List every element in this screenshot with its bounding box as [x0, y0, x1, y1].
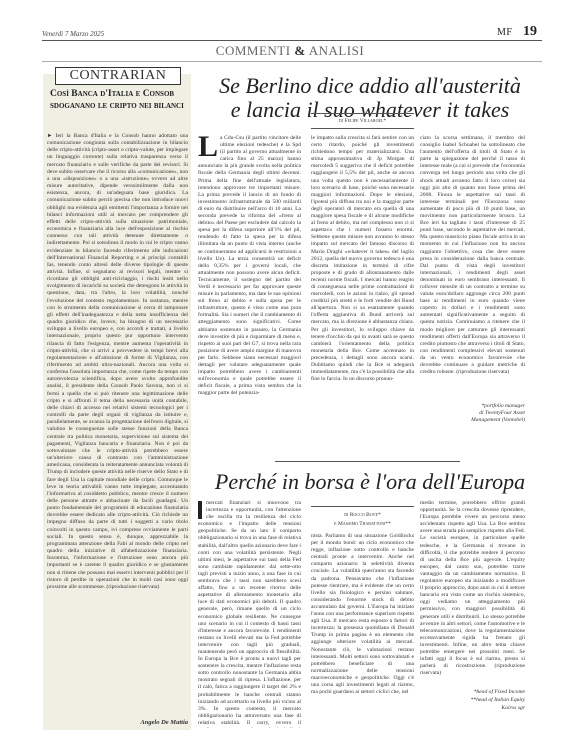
article1-dropcap: L [198, 136, 218, 158]
article1-column-2: le impatto sulla crescita si farà sentir… [311, 135, 414, 441]
article1-col1-text: a Cdu-Csu (il partito vincitore delle ul… [198, 135, 301, 396]
article1-byline: di Felipe Villaroel* [311, 118, 414, 124]
publication-logo: MF [497, 27, 512, 38]
article2-headline: Perché in borsa è l'ora dell'Europa [195, 470, 545, 494]
article2-column-3: medio termine, potrebbero offrire grandi… [420, 500, 525, 686]
section-title: COMMENTI & ANALISI [0, 43, 580, 59]
article2-byline: di Rocco Bove* e Massimo Trabattoni** [311, 511, 414, 529]
section-divider [42, 61, 542, 62]
sidebar-headline: Così Banca d'Italia e Consob sdoganano l… [50, 89, 190, 112]
article2-column-1: mercati finanziari si muovono tra incert… [198, 500, 301, 728]
byline-rule [311, 506, 414, 507]
article1-author-note-line1: *portfolio manager [420, 403, 525, 410]
sidebar-author: Angelo De Mattia [100, 719, 188, 726]
header-divider [42, 40, 542, 41]
article1-headline-line1: Se Berlino dice addio all'austerità [195, 74, 545, 98]
article2-author-note: *head of Fixed Income **head of Italian … [420, 688, 525, 712]
article2-initial-bar [198, 501, 202, 519]
contrarian-label: CONTRARIAN [55, 67, 181, 85]
article2-author-note-line3: Kairos sgr [420, 704, 525, 712]
article1-author-note: *portfolio manager di TwentyFour Asset M… [420, 403, 525, 424]
section-title-ampersand: & [294, 43, 305, 58]
sidebar-body: ► Ieri la Banca d'Italia e la Consob han… [47, 133, 188, 713]
article1-author-note-line3: Management (Vontobel) [420, 417, 525, 424]
page-number: 19 [523, 24, 537, 40]
article-divider [275, 461, 460, 462]
article1-headline: Se Berlino dice addio all'austerità e la… [195, 74, 545, 122]
section-title-left: COMMENTI [216, 43, 295, 58]
byline-rule [311, 128, 414, 129]
issue-date: Venerdì 7 Marzo 2025 [42, 30, 104, 38]
article2-author-note-line1: *head of Fixed Income [420, 688, 525, 696]
article2-author-note-line2: **head of Italian Equity [420, 696, 525, 704]
article1-column-1: La Cdu-Csu (il partito vincitore delle u… [198, 135, 301, 441]
article2-column-2: nista. Parliamo di una situazione Goldil… [311, 533, 414, 726]
article2-col1-text: mercati finanziari si muovono tra incert… [198, 500, 301, 728]
byline-rule [311, 113, 414, 114]
article1-column-3: ciato la scorsa settimana, il membro del… [420, 135, 525, 405]
article2-byline-line1: di Rocco Bove* [311, 511, 414, 520]
section-title-right: ANALISI [306, 43, 365, 58]
article2-byline-line2: e Massimo Trabattoni** [311, 520, 414, 529]
